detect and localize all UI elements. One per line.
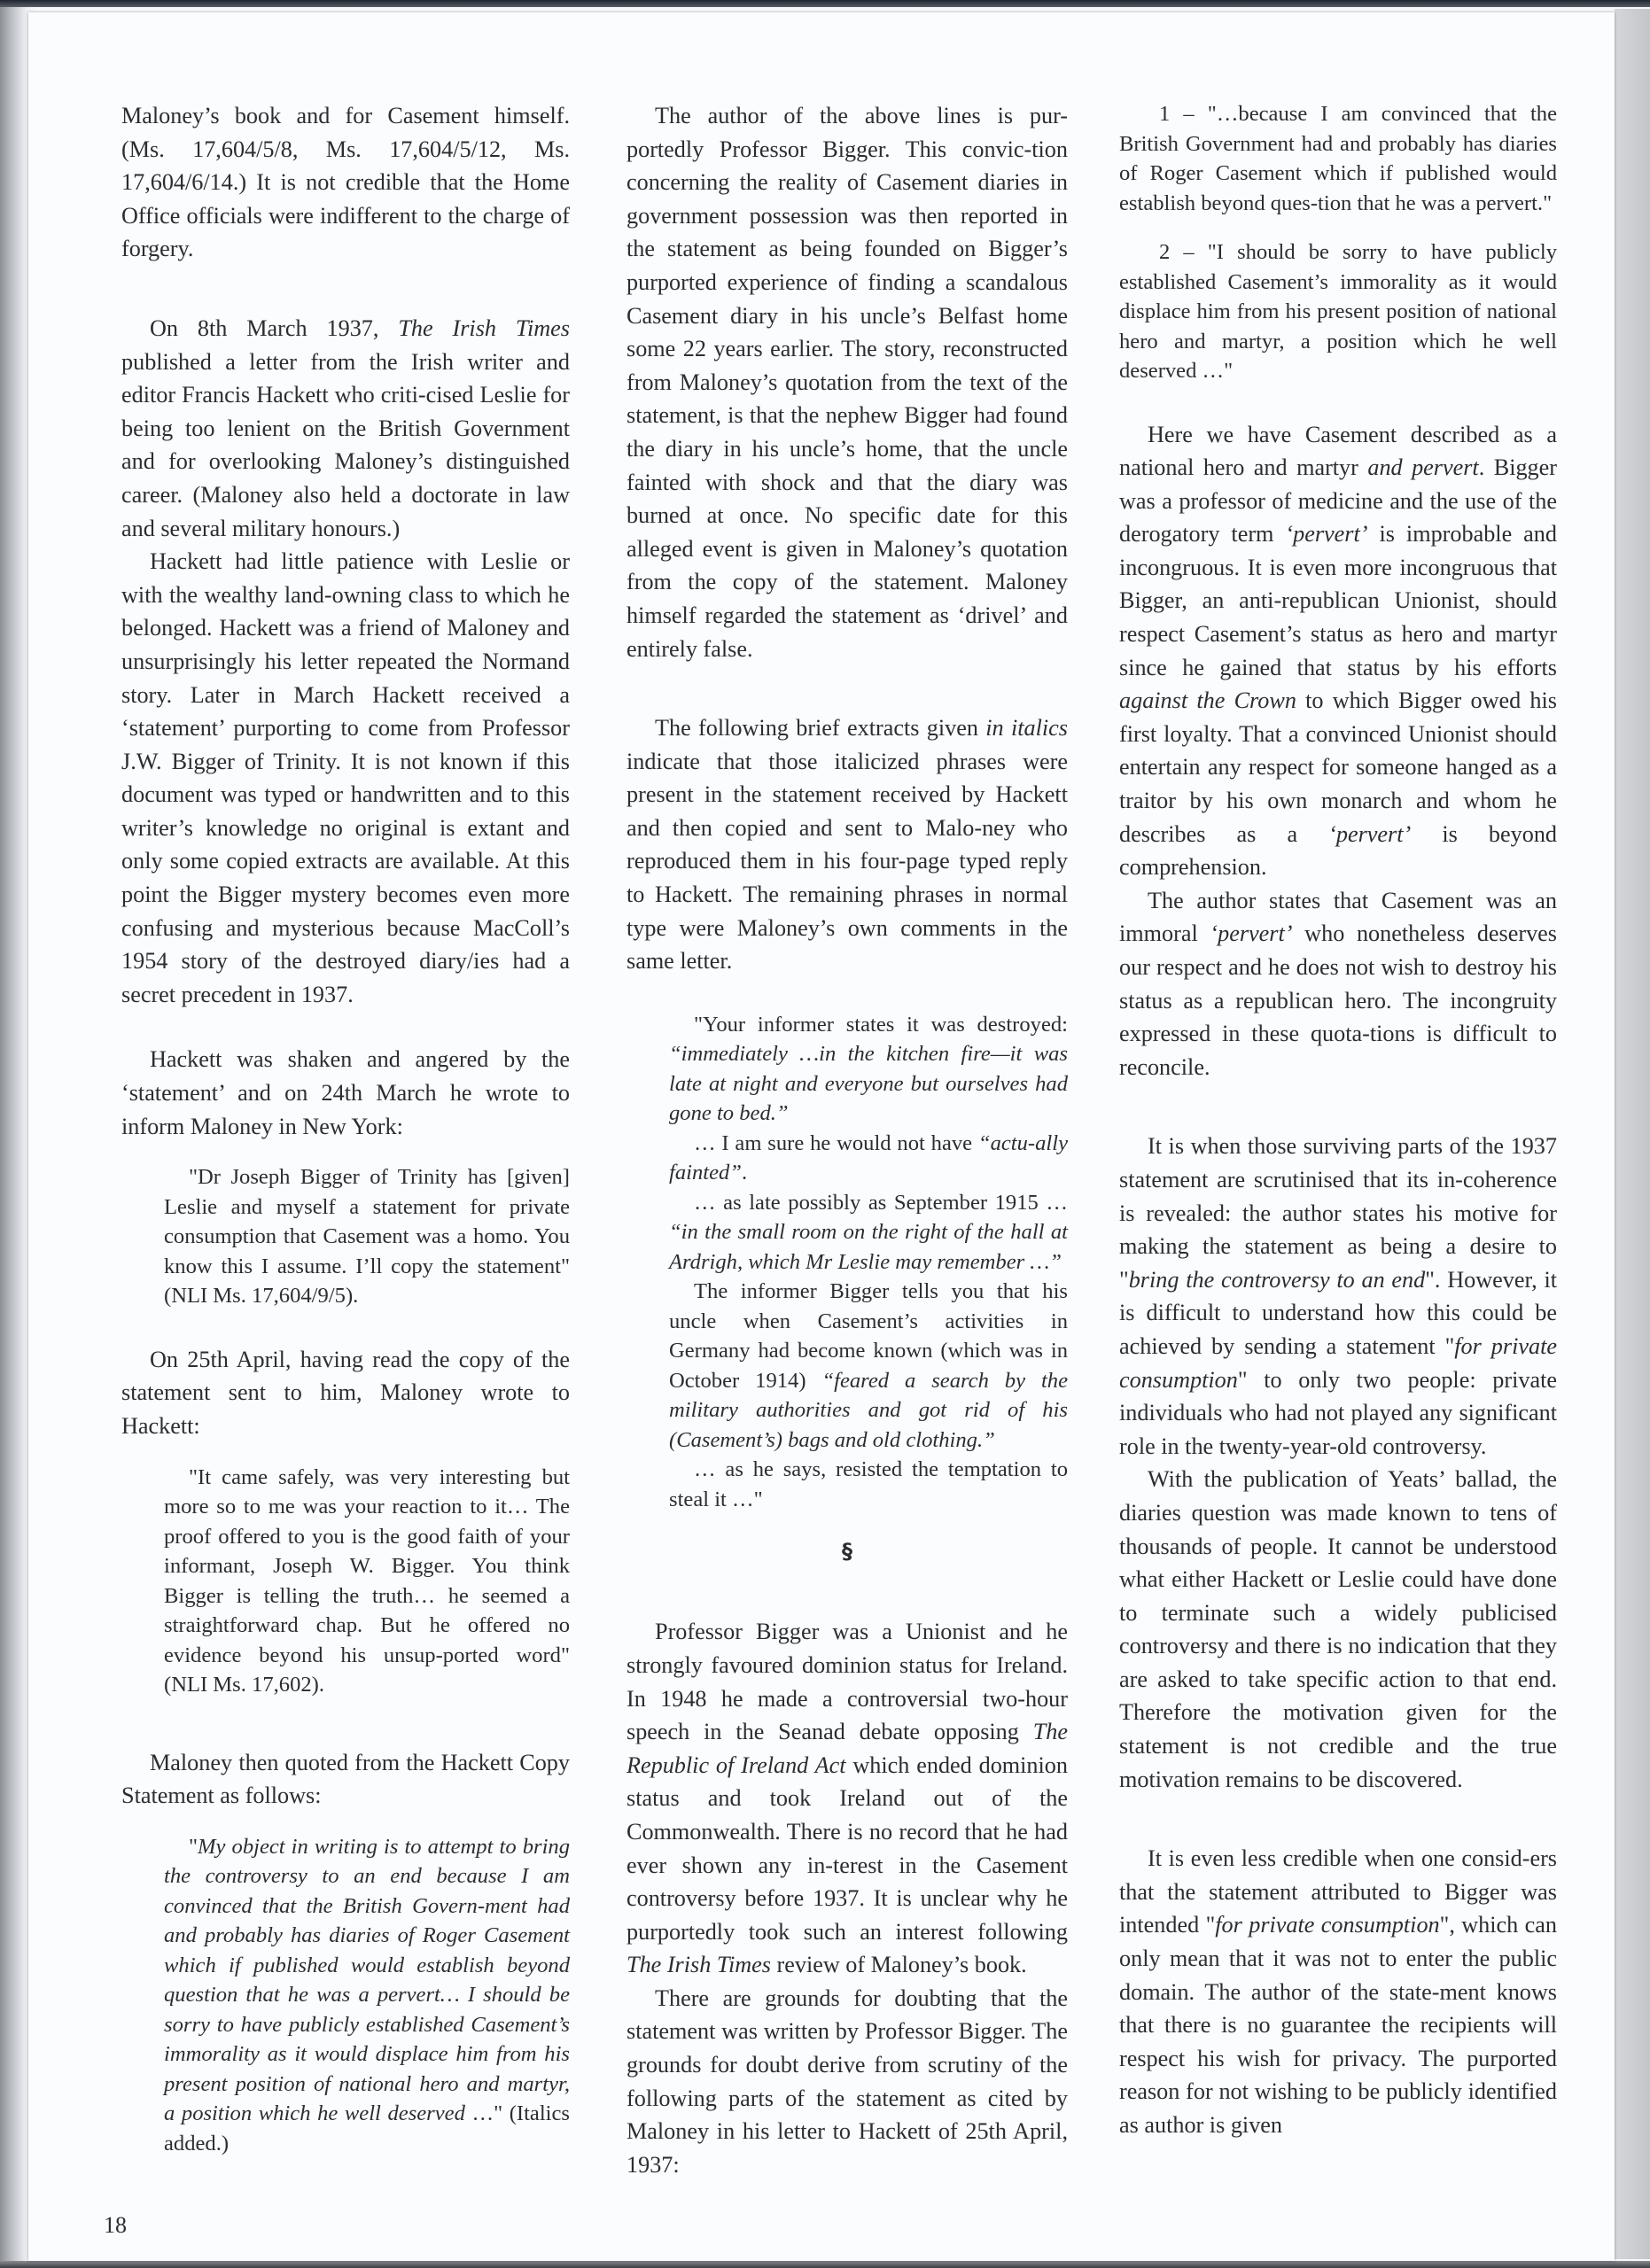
text-run: On 25th April, having read the copy of t… <box>121 1347 570 1439</box>
italic-text: The Irish Times <box>627 1952 771 1977</box>
paragraph-spacer <box>1119 386 1557 418</box>
block-quote: "Your informer states it was destroyed: … <box>669 1010 1068 1515</box>
text-run: "Your informer states it was destroyed: <box>694 1013 1068 1037</box>
paragraph-spacer <box>121 1813 570 1832</box>
paragraph-spacer <box>121 1700 570 1746</box>
body-paragraph: Maloney’s book and for Casement himself.… <box>121 99 570 266</box>
text-run: … I am sure he would not have <box>694 1131 978 1155</box>
text-run: Professor Bigger was a Unionist and he s… <box>627 1619 1068 1744</box>
italic-text: ‘pervert’ <box>1328 821 1411 847</box>
body-paragraph: Hackett had little patience with Leslie … <box>121 545 570 1011</box>
scan-top-edge <box>0 0 1650 7</box>
paragraph-spacer <box>121 1311 570 1343</box>
page-number: 18 <box>104 2212 127 2239</box>
body-paragraph: Professor Bigger was a Unionist and he s… <box>627 1615 1068 1982</box>
quote-paragraph: "Your informer states it was destroyed: … <box>669 1010 1068 1129</box>
paragraph-spacer <box>1119 218 1557 237</box>
paragraph-spacer <box>121 1143 570 1162</box>
body-paragraph: Hackett was shaken and angered by the ‘s… <box>121 1043 570 1143</box>
text-run: " <box>189 1835 198 1859</box>
text-run: "It came safely, was very interesting bu… <box>164 1465 570 1697</box>
scan-bottom-edge <box>0 2261 1650 2268</box>
quote-paragraph: The informer Bigger tells you that his u… <box>669 1277 1068 1455</box>
numbered-quote: 1 – "…because I am convinced that the Br… <box>1119 99 1557 218</box>
block-quote: "Dr Joseph Bigger of Trinity has [given]… <box>164 1162 570 1311</box>
italic-text: and pervert <box>1367 454 1478 480</box>
text-run: ", which can only mean that it was not t… <box>1119 1912 1557 2138</box>
paragraph-spacer <box>1119 1084 1557 1130</box>
section-break-mark: § <box>627 1534 1068 1569</box>
body-paragraph: It is even less credible when one consid… <box>1119 1842 1557 2141</box>
italic-text: for private consumption <box>1215 1912 1439 1938</box>
italic-text: in italics <box>985 715 1068 741</box>
scan-right-margin <box>1615 9 1650 2259</box>
italic-text: against the Crown <box>1119 687 1296 713</box>
body-paragraph: It is when those surviving parts of the … <box>1119 1130 1557 1463</box>
block-quote: "It came safely, was very interesting bu… <box>164 1463 570 1700</box>
text-run: The following brief extracts given <box>655 715 985 741</box>
body-paragraph: There are grounds for doubting that the … <box>627 1982 1068 2182</box>
paragraph-spacer <box>121 266 570 312</box>
italic-text: ‘pervert’ <box>1210 920 1292 946</box>
text-run: which ended dominion status and took Ire… <box>627 1752 1068 1945</box>
text-column-middle: The author of the above lines is pur-por… <box>627 99 1068 2181</box>
numbered-quote-text: 1 – "…because I am convinced that the Br… <box>1119 99 1557 218</box>
italic-text: The Irish Times <box>398 315 570 341</box>
block-quote: "My object in writing is to attempt to b… <box>164 1832 570 2159</box>
quote-paragraph: … as he says, resisted the temptation to… <box>669 1455 1068 1514</box>
text-run: "Dr Joseph Bigger of Trinity has [given]… <box>164 1165 570 1308</box>
text-run: Hackett was shaken and angered by the ‘s… <box>121 1046 570 1138</box>
text-run: 1 – "…because I am convinced that the Br… <box>1119 102 1557 215</box>
body-paragraph: With the publication of Yeats’ ballad, t… <box>1119 1463 1557 1796</box>
text-run: … as he says, resisted the temptation to… <box>669 1457 1068 1511</box>
italic-text: bring the controversy to an end <box>1129 1267 1426 1293</box>
paragraph-spacer <box>1119 1796 1557 1842</box>
quote-paragraph: … as late possibly as September 1915 … “… <box>669 1188 1068 1278</box>
numbered-quote-text: 2 – "I should be sorry to have publicly … <box>1119 237 1557 386</box>
paragraph-spacer <box>627 665 1068 711</box>
quote-paragraph: … I am sure he would not have “actu-ally… <box>669 1129 1068 1188</box>
body-paragraph: Maloney then quoted from the Hackett Cop… <box>121 1746 570 1813</box>
text-run: . <box>742 1161 747 1184</box>
body-paragraph: The author of the above lines is pur-por… <box>627 99 1068 665</box>
body-paragraph: On 25th April, having read the copy of t… <box>121 1343 570 1443</box>
text-run: Hackett had little patience with Leslie … <box>121 548 570 1007</box>
paragraph-spacer <box>627 1514 1068 1534</box>
paragraph-spacer <box>627 978 1068 1010</box>
text-run: 2 – "I should be sorry to have publicly … <box>1119 240 1557 383</box>
text-run: published a letter from the Irish writer… <box>121 349 570 541</box>
body-paragraph: The author states that Casement was an i… <box>1119 884 1557 1084</box>
paragraph-spacer <box>121 1011 570 1043</box>
text-run: review of Maloney’s book. <box>771 1952 1027 1977</box>
body-paragraph: The following brief extracts given in it… <box>627 711 1068 978</box>
text-run: The author of the above lines is pur-por… <box>627 103 1068 662</box>
text-run: With the publication of Yeats’ ballad, t… <box>1119 1466 1557 1791</box>
paragraph-spacer <box>121 1443 570 1463</box>
italic-text: “immediately …in the kitchen fire—it was… <box>669 1042 1068 1125</box>
text-run: … as late possibly as September 1915 … <box>694 1191 1068 1215</box>
text-run: indicate that those italicized phrases w… <box>627 749 1068 975</box>
italic-text: ‘pervert’ <box>1285 521 1367 547</box>
body-paragraph: On 8th March 1937, The Irish Times publi… <box>121 312 570 545</box>
italic-text: My object in writing is to attempt to br… <box>164 1835 570 2126</box>
text-run: There are grounds for doubting that the … <box>627 1985 1068 2178</box>
text-run: Maloney’s book and for Casement himself.… <box>121 103 570 261</box>
numbered-quote: 2 – "I should be sorry to have publicly … <box>1119 237 1557 386</box>
text-run: Maloney then quoted from the Hackett Cop… <box>121 1750 570 1809</box>
text-column-right: 1 – "…because I am convinced that the Br… <box>1119 99 1557 2142</box>
text-column-left: Maloney’s book and for Casement himself.… <box>121 99 570 2158</box>
italic-text: “in the small room on the right of the h… <box>669 1220 1068 1274</box>
text-run: On 8th March 1937, <box>150 315 398 341</box>
paragraph-spacer <box>627 1569 1068 1615</box>
body-paragraph: Here we have Casement described as a nat… <box>1119 418 1557 884</box>
